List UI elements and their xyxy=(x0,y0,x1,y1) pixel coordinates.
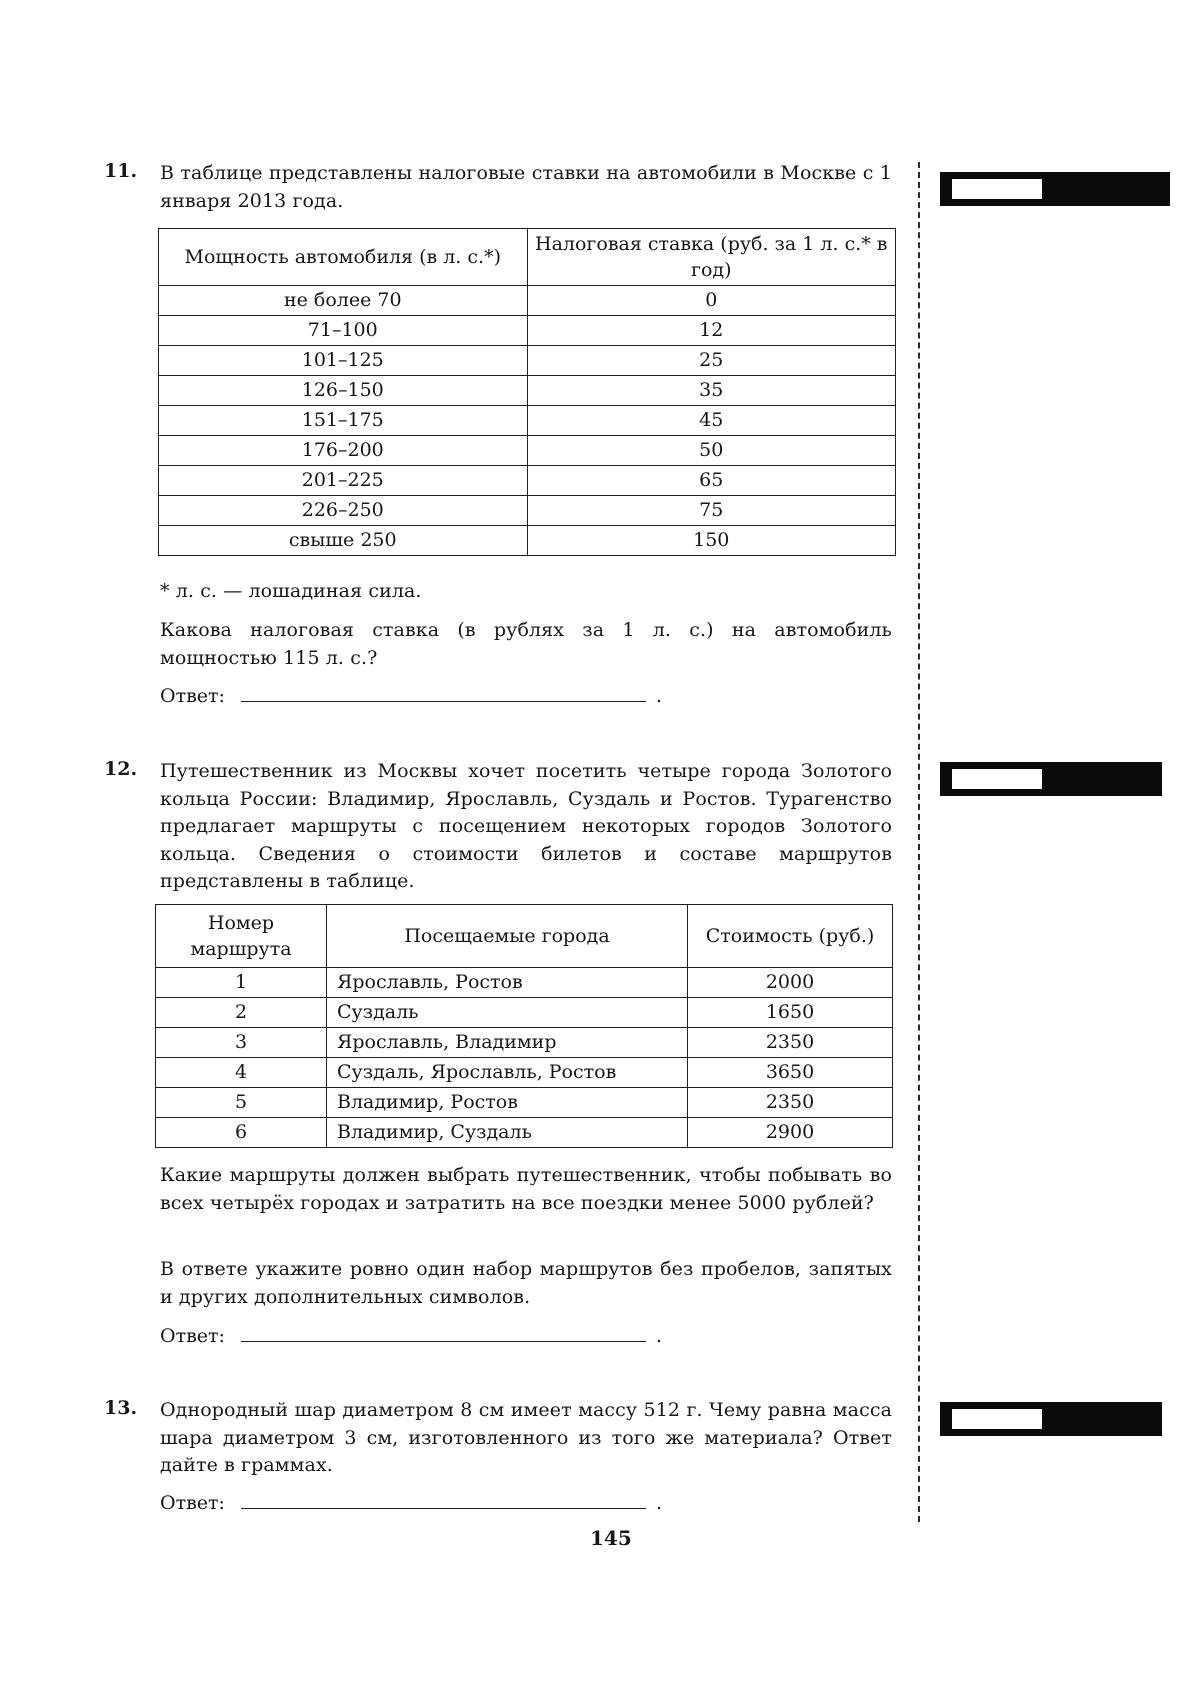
route-number-cell: 6 xyxy=(156,1118,327,1148)
table-row: 126–15035 xyxy=(159,376,896,406)
task-instruction: В ответе укажите ровно один набор маршру… xyxy=(160,1256,892,1311)
table-row: 226–25075 xyxy=(159,496,896,526)
table-row: свыше 250150 xyxy=(159,526,896,556)
route-number-cell: 3 xyxy=(156,1028,327,1058)
answer-row: Ответ:. xyxy=(160,1492,662,1514)
cost-cell: 1650 xyxy=(688,998,893,1028)
cost-cell: 3650 xyxy=(688,1058,893,1088)
task-intro: В таблице представлены налоговые ставки … xyxy=(160,160,892,215)
answer-box-marker xyxy=(940,1402,1162,1436)
table-row: 176–20050 xyxy=(159,436,896,466)
table-row: 1Ярославль, Ростов2000 xyxy=(156,968,893,998)
cut-line xyxy=(918,162,920,1522)
power-range-cell: 201–225 xyxy=(159,466,528,496)
table-row: 201–22565 xyxy=(159,466,896,496)
table-row: 71–10012 xyxy=(159,316,896,346)
table-row: 5Владимир, Ростов2350 xyxy=(156,1088,893,1118)
cities-cell: Владимир, Ростов xyxy=(327,1088,688,1118)
power-range-cell: 101–125 xyxy=(159,346,528,376)
cost-cell: 2900 xyxy=(688,1118,893,1148)
page-number: 145 xyxy=(590,1526,632,1550)
answer-box-window xyxy=(952,769,1042,789)
answer-period: . xyxy=(656,685,662,707)
table-row: 151–17545 xyxy=(159,406,896,436)
cost-cell: 2350 xyxy=(688,1028,893,1058)
tax-rate-cell: 12 xyxy=(527,316,896,346)
table-header-row: Номер маршрута Посещаемые города Стоимос… xyxy=(156,905,893,968)
cost-cell: 2000 xyxy=(688,968,893,998)
power-range-cell: не более 70 xyxy=(159,286,528,316)
cities-cell: Владимир, Суздаль xyxy=(327,1118,688,1148)
power-range-cell: свыше 250 xyxy=(159,526,528,556)
tax-rate-cell: 45 xyxy=(527,406,896,436)
tax-rate-cell: 35 xyxy=(527,376,896,406)
table-row: 3Ярославль, Владимир2350 xyxy=(156,1028,893,1058)
power-range-cell: 71–100 xyxy=(159,316,528,346)
answer-period: . xyxy=(656,1492,662,1514)
column-header: Налоговая ставка (руб. за 1 л. с.* в год… xyxy=(527,229,896,286)
task-question: Однородный шар диаметром 8 см имеет масс… xyxy=(160,1397,892,1480)
answer-box-window xyxy=(952,1409,1042,1429)
table-row: 2Суздаль1650 xyxy=(156,998,893,1028)
task-question: Какова налоговая ставка (в рублях за 1 л… xyxy=(160,617,892,672)
table-row: 101–12525 xyxy=(159,346,896,376)
table-row: 4Суздаль, Ярославль, Ростов3650 xyxy=(156,1058,893,1088)
table-row: 6Владимир, Суздаль2900 xyxy=(156,1118,893,1148)
exam-page: 11. В таблице представлены налоговые ста… xyxy=(0,0,1204,1706)
cost-cell: 2350 xyxy=(688,1088,893,1118)
routes-table: Номер маршрута Посещаемые города Стоимос… xyxy=(155,904,893,1148)
task-number: 11. xyxy=(104,160,137,182)
task-question: Какие маршруты должен выбрать путешестве… xyxy=(160,1162,892,1217)
task-number: 13. xyxy=(104,1397,137,1419)
power-range-cell: 126–150 xyxy=(159,376,528,406)
cities-cell: Суздаль, Ярославль, Ростов xyxy=(327,1058,688,1088)
answer-label: Ответ: xyxy=(160,1492,225,1514)
task-intro: Путешественник из Москвы хочет посетить … xyxy=(160,758,892,896)
route-number-cell: 4 xyxy=(156,1058,327,1088)
column-header: Номер маршрута xyxy=(156,905,327,968)
answer-row: Ответ:. xyxy=(160,685,662,707)
power-range-cell: 151–175 xyxy=(159,406,528,436)
column-header: Стоимость (руб.) xyxy=(688,905,893,968)
task-number: 12. xyxy=(104,758,137,780)
power-range-cell: 176–200 xyxy=(159,436,528,466)
tax-rate-cell: 65 xyxy=(527,466,896,496)
answer-period: . xyxy=(656,1325,662,1347)
column-header: Мощность автомобиля (в л. с.*) xyxy=(159,229,528,286)
tax-rate-table: Мощность автомобиля (в л. с.*) Налоговая… xyxy=(158,228,896,556)
answer-box-marker xyxy=(940,172,1170,206)
footnote: * л. с. — лошадиная сила. xyxy=(160,578,892,606)
answer-field[interactable] xyxy=(241,1494,646,1509)
answer-field[interactable] xyxy=(241,1327,646,1342)
cities-cell: Ярославль, Владимир xyxy=(327,1028,688,1058)
answer-label: Ответ: xyxy=(160,685,225,707)
tax-rate-cell: 75 xyxy=(527,496,896,526)
tax-rate-cell: 25 xyxy=(527,346,896,376)
route-number-cell: 2 xyxy=(156,998,327,1028)
column-header: Посещаемые города xyxy=(327,905,688,968)
tax-rate-cell: 50 xyxy=(527,436,896,466)
answer-box-marker xyxy=(940,762,1162,796)
tax-rate-cell: 0 xyxy=(527,286,896,316)
table-header-row: Мощность автомобиля (в л. с.*) Налоговая… xyxy=(159,229,896,286)
tax-rate-cell: 150 xyxy=(527,526,896,556)
power-range-cell: 226–250 xyxy=(159,496,528,526)
table-row: не более 700 xyxy=(159,286,896,316)
answer-row: Ответ:. xyxy=(160,1325,662,1347)
cities-cell: Ярославль, Ростов xyxy=(327,968,688,998)
answer-label: Ответ: xyxy=(160,1325,225,1347)
answer-box-window xyxy=(952,179,1042,199)
answer-field[interactable] xyxy=(241,687,646,702)
cities-cell: Суздаль xyxy=(327,998,688,1028)
route-number-cell: 1 xyxy=(156,968,327,998)
route-number-cell: 5 xyxy=(156,1088,327,1118)
